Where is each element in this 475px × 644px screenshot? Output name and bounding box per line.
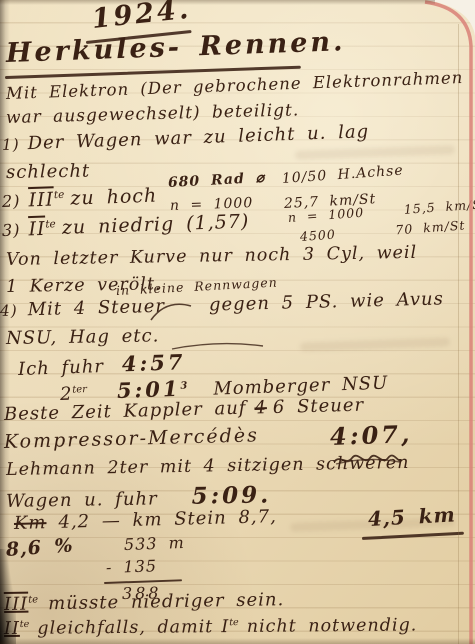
notebook-photo: 1924. Herkules- Rennen. Mit Elektron (De… bbox=[0, 0, 475, 644]
result-own-label: Ich fuhr bbox=[18, 356, 105, 380]
result-lehmann-time: 5:09. bbox=[191, 481, 271, 509]
result-best-post: 6 Steuer bbox=[273, 395, 365, 418]
item-3-gear-numeral: II bbox=[28, 218, 46, 241]
bottom-left-corner-shadow bbox=[0, 549, 16, 644]
item-2-gear-numeral: III bbox=[28, 189, 54, 212]
conclusion-2-mid-text: gleichfalls, damit bbox=[37, 617, 213, 639]
item-2-gear-suffix: te bbox=[54, 189, 65, 201]
red-page-edge bbox=[405, 0, 475, 644]
conclusion-2-gear-suffix: te bbox=[20, 619, 30, 630]
result-lehmann-label: Wagen u. fuhr bbox=[6, 488, 158, 512]
item-4-cont: NSU, Hag etc. bbox=[6, 327, 160, 349]
result-second-pos-suffix: ter bbox=[72, 384, 87, 396]
item-4-pre: Mit 4 Steuer bbox=[27, 296, 165, 321]
result-best-struck: 4 bbox=[254, 397, 267, 418]
bottom-edge-shadow bbox=[0, 638, 475, 644]
item-1-cont: schlecht bbox=[6, 163, 91, 183]
left-edge-shadow bbox=[0, 0, 10, 644]
course-struck: Km bbox=[14, 512, 47, 534]
calc-minuend: 533 m bbox=[124, 535, 185, 554]
conclusion-2-end-text: nicht notwendig. bbox=[247, 615, 418, 636]
top-edge-shadow bbox=[0, 0, 435, 5]
conclusion-line-2: IItegleichfalls, damitItenicht notwendig… bbox=[4, 616, 417, 638]
item-3-gear-suffix: te bbox=[45, 218, 56, 230]
result-second-time-exponent: 3 bbox=[180, 381, 187, 392]
calc-subtrahend: - 135 bbox=[106, 558, 158, 577]
conclusion-1-text: müsste niedriger sein. bbox=[48, 589, 284, 614]
item-2-text: zu hoch bbox=[70, 185, 158, 210]
conclusion-1-gear-suffix: te bbox=[28, 594, 38, 605]
result-own-time: 4:57 bbox=[121, 349, 185, 376]
conclusion-2-gear2-suffix: te bbox=[229, 617, 239, 628]
result-car-time: 4:07, bbox=[330, 421, 413, 449]
